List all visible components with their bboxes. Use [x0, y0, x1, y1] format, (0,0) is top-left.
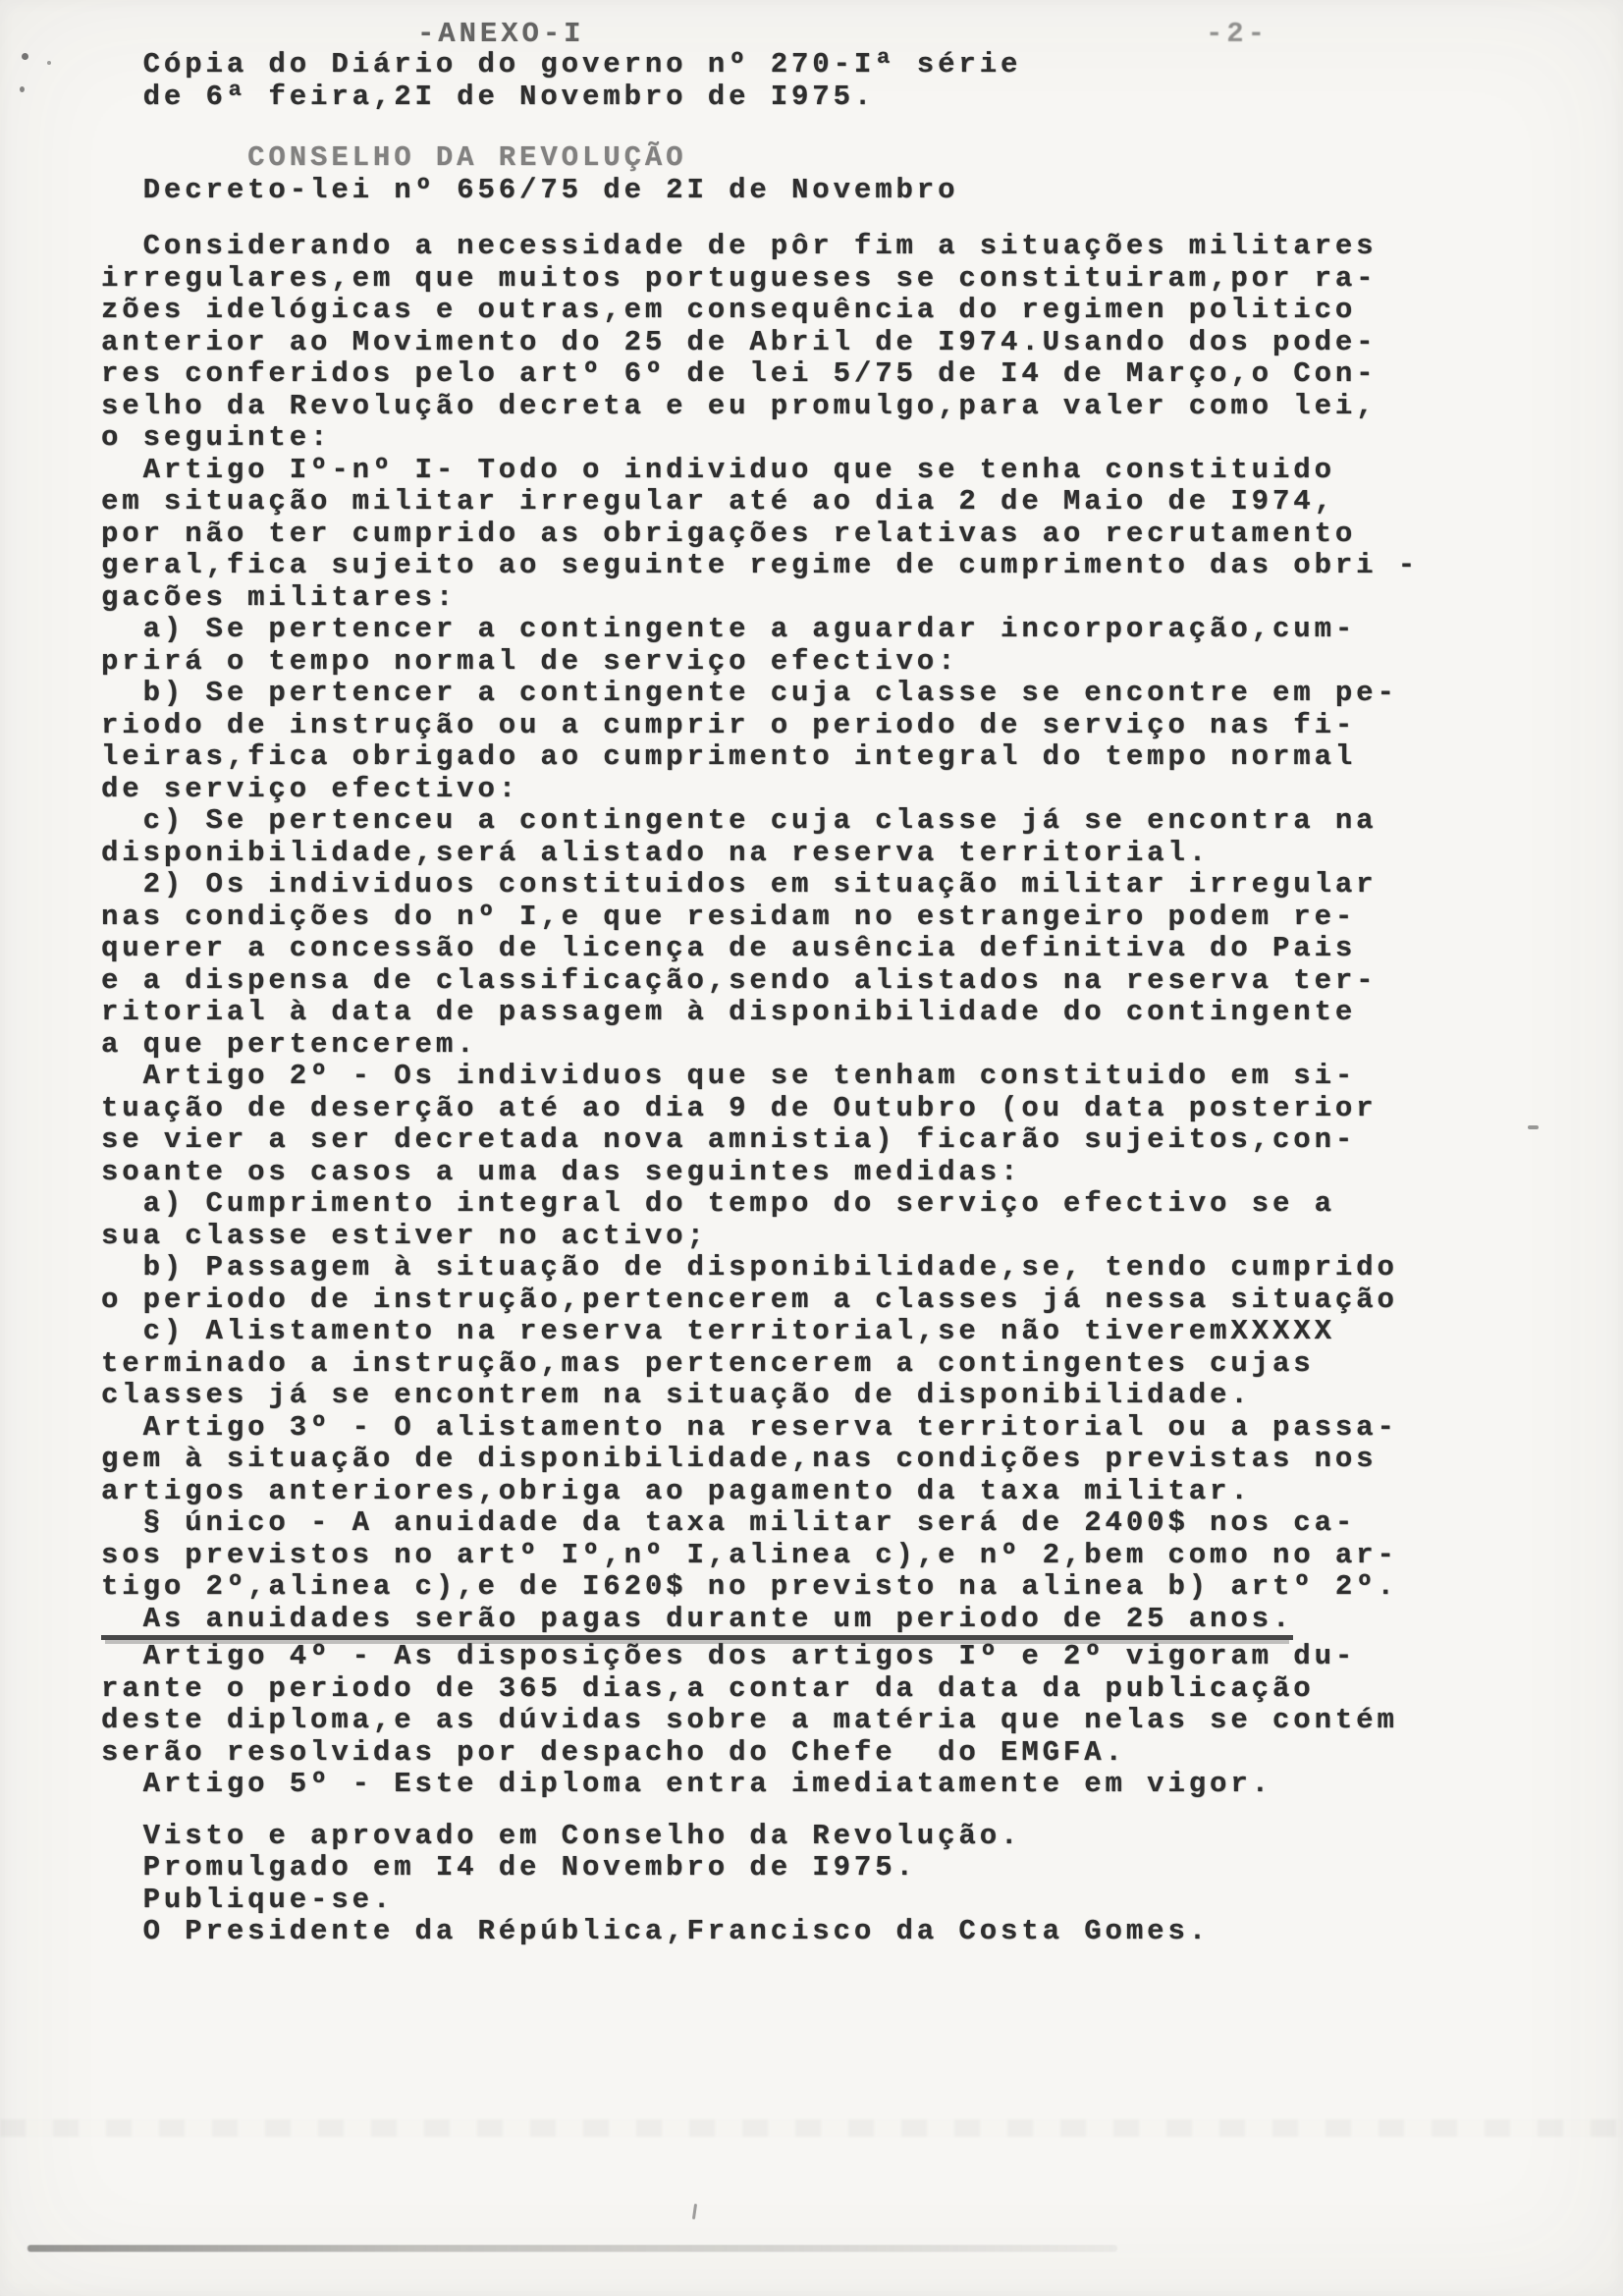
document-line: se vier a ser decretada nova amnistia) f… [101, 1124, 1554, 1157]
document-line: querer a concessão de licença de ausênci… [101, 933, 1554, 965]
scan-speckle [47, 61, 51, 65]
document-line: c) Se pertenceu a contingente cuja class… [101, 805, 1554, 838]
document-line: Promulgado em I4 de Novembro de I975. [101, 1852, 1554, 1885]
document-line: ritorial à data de passagem à disponibil… [101, 997, 1554, 1029]
text-line: rante o periodo de 365 dias,a contar da … [101, 1672, 1315, 1705]
text-line: sua classe estiver no activo; [101, 1220, 708, 1252]
document-line: As anuidades serão pagas durante um peri… [101, 1604, 1554, 1636]
underlined-sentence: As anuidades serão pagas durante um peri… [101, 1603, 1293, 1640]
text-line: c) Alistamento na reserva territorial,se… [101, 1315, 1335, 1347]
text-line: artigos anteriores,obriga ao pagamento d… [101, 1475, 1252, 1507]
document-line: terminado a instrução,mas pertencerem a … [101, 1348, 1554, 1381]
document-line: a) Cumprimento integral do tempo do serv… [101, 1188, 1554, 1221]
document-line: Considerando a necessidade de pôr fim a … [101, 231, 1554, 263]
document-line: leiras,fica obrigado ao cumprimento inte… [101, 741, 1554, 774]
text-line: Artigo 3º - O alistamento na reserva ter… [101, 1411, 1398, 1444]
document-line: prirá o tempo normal de serviço efectivo… [101, 646, 1554, 679]
text-line: gem à situação de disponibilidade,nas co… [101, 1443, 1377, 1475]
text-line: querer a concessão de licença de ausênci… [101, 932, 1356, 964]
document-line: selho da Revolução decreta e eu promulgo… [101, 391, 1554, 423]
document-line: anterior ao Movimento do 25 de Abril de … [101, 327, 1554, 359]
document-line: gem à situação de disponibilidade,nas co… [101, 1444, 1554, 1476]
document-line: soante os casos a uma das seguintes medi… [101, 1157, 1554, 1189]
text-line: a) Cumprimento integral do tempo do serv… [101, 1187, 1335, 1220]
text-line: Artigo 2º - Os individuos que se tenham … [101, 1060, 1356, 1092]
document-line: de 6ª feira,2I de Novembro de I975. [101, 82, 1554, 114]
scan-speckle [22, 53, 28, 60]
text-line: de 6ª feira,2I de Novembro de I975. [101, 81, 875, 113]
document-line: de serviço efectivo: [101, 774, 1554, 806]
text-line: a) Se pertencer a contingente a aguardar… [101, 613, 1356, 645]
text-line: anterior ao Movimento do 25 de Abril de … [101, 326, 1377, 358]
text-line: Artigo Iº-nº I- Todo o individuo que se … [101, 454, 1335, 486]
document-line: O Presidente da Répública,Francisco da C… [101, 1916, 1554, 1948]
text-line: classes já se encontrem na situação de d… [101, 1379, 1252, 1411]
document-line: deste diploma,e as dúvidas sobre a matér… [101, 1705, 1554, 1737]
text-line: O Presidente da Répública,Francisco da C… [101, 1915, 1210, 1947]
text-line: c) Se pertenceu a contingente cuja class… [101, 804, 1377, 837]
text-line: ritorial à data de passagem à disponibil… [101, 996, 1356, 1028]
document-line: gacões militares: [101, 582, 1554, 615]
document-line: a) Se pertencer a contingente a aguardar… [101, 614, 1554, 646]
page-number: -2- [1206, 18, 1269, 50]
text-line: zões idelógicas e outras,em consequência… [101, 294, 1356, 326]
document-line: em situação militar irregular até ao dia… [101, 486, 1554, 519]
text-line: Visto e aprovado em Conselho da Revoluçã… [101, 1820, 1021, 1852]
text-line: Decreto-lei nº 656/75 de 2I de Novembro [101, 174, 958, 206]
text-line: Cópia do Diário do governo nº 270-Iª sér… [101, 48, 1021, 81]
document-line: Artigo 2º - Os individuos que se tenham … [101, 1061, 1554, 1093]
document-line: Artigo Iº-nº I- Todo o individuo que se … [101, 455, 1554, 487]
text-line: Artigo 4º - As disposições dos artigos I… [101, 1640, 1356, 1672]
text-line: a que pertencerem. [101, 1028, 477, 1061]
document-line: Artigo 5º - Este diploma entra imediatam… [101, 1769, 1554, 1801]
text-line: Artigo 5º - Este diploma entra imediatam… [101, 1768, 1272, 1800]
text-line: prirá o tempo normal de serviço efectivo… [101, 645, 958, 678]
text-line: selho da Revolução decreta e eu promulgo… [101, 390, 1377, 422]
document-line: CONSELHO DA REVOLUÇÃO [101, 142, 1554, 175]
text-line: irregulares,em que muitos portugueses se… [101, 262, 1377, 295]
text-line: Publique-se. [101, 1884, 394, 1916]
text-line: de serviço efectivo: [101, 773, 519, 805]
text-line: nas condições do nº I,e que residam no e… [101, 901, 1356, 933]
document-line: sos previstos no artº Iº,nº I,alinea c),… [101, 1540, 1554, 1572]
text-line: se vier a ser decretada nova amnistia) f… [101, 1123, 1356, 1156]
document-line: Artigo 3º - O alistamento na reserva ter… [101, 1412, 1554, 1445]
text-line: deste diploma,e as dúvidas sobre a matér… [101, 1704, 1398, 1736]
scan-streak [27, 2245, 1117, 2252]
document-line: tuação de deserção até ao dia 9 de Outub… [101, 1093, 1554, 1125]
document-line: nas condições do nº I,e que residam no e… [101, 902, 1554, 934]
text-line: CONSELHO DA REVOLUÇÃO [101, 141, 686, 174]
text-line: res conferidos pelo artº 6º de lei 5/75 … [101, 357, 1377, 390]
text-line: o seguinte: [101, 421, 331, 454]
text-line: por não ter cumprido as obrigações relat… [101, 518, 1356, 550]
text-line: disponibilidade,será alistado na reserva… [101, 837, 1210, 869]
document-line: por não ter cumprido as obrigações relat… [101, 519, 1554, 551]
scanned-page: -ANEXO-I -2- Cópia do Diário do governo … [0, 0, 1623, 2296]
document-line: rante o periodo de 365 dias,a contar da … [101, 1673, 1554, 1706]
text-line: soante os casos a uma das seguintes medi… [101, 1156, 1021, 1188]
document-line: classes já se encontrem na situação de d… [101, 1380, 1554, 1412]
text-line: § único - A anuidade da taxa militar ser… [101, 1506, 1356, 1539]
document-line: irregulares,em que muitos portugueses se… [101, 263, 1554, 296]
text-line: tigo 2º,alinea c),e de I620$ no previsto… [101, 1570, 1398, 1603]
text-line: b) Se pertencer a contingente cuja class… [101, 677, 1398, 709]
text-line: b) Passagem à situação de disponibilidad… [101, 1251, 1398, 1284]
document-line: res conferidos pelo artº 6º de lei 5/75 … [101, 358, 1554, 391]
document-line: geral,fica sujeito ao seguinte regime de… [101, 550, 1554, 582]
document-line: a que pertencerem. [101, 1029, 1554, 1062]
document-body: Cópia do Diário do governo nº 270-Iª sér… [101, 49, 1554, 1948]
document-line: o periodo de instrução,pertencerem a cla… [101, 1285, 1554, 1317]
document-line: artigos anteriores,obriga ao pagamento d… [101, 1476, 1554, 1508]
document-line: o seguinte: [101, 422, 1554, 455]
text-line: e a dispensa de classificação,sendo alis… [101, 964, 1377, 997]
text-line: riodo de instrução ou a cumprir o period… [101, 709, 1356, 741]
annex-title: -ANEXO-I [417, 18, 584, 50]
text-line: Promulgado em I4 de Novembro de I975. [101, 1851, 917, 1884]
text-line: serão resolvidas por despacho do Chefe d… [101, 1736, 1126, 1769]
document-line: Visto e aprovado em Conselho da Revoluçã… [101, 1821, 1554, 1853]
text-line: gacões militares: [101, 581, 457, 614]
document-line: Cópia do Diário do governo nº 270-Iª sér… [101, 49, 1554, 82]
document-line: serão resolvidas por despacho do Chefe d… [101, 1737, 1554, 1770]
document-line: Publique-se. [101, 1885, 1554, 1917]
text-line: geral,fica sujeito ao seguinte regime de… [101, 549, 1419, 581]
text-line: 2) Os individuos constituidos em situaçã… [101, 868, 1377, 901]
text-line: sos previstos no artº Iº,nº I,alinea c),… [101, 1539, 1398, 1571]
text-line: terminado a instrução,mas pertencerem a … [101, 1347, 1315, 1380]
scan-mark [692, 2204, 697, 2219]
document-line: sua classe estiver no activo; [101, 1221, 1554, 1253]
document-line: c) Alistamento na reserva territorial,se… [101, 1316, 1554, 1348]
document-line: b) Passagem à situação de disponibilidad… [101, 1252, 1554, 1285]
scan-speckle [20, 86, 25, 92]
document-line: disponibilidade,será alistado na reserva… [101, 838, 1554, 870]
text-line: em situação militar irregular até ao dia… [101, 485, 1335, 518]
text-line: leiras,fica obrigado ao cumprimento inte… [101, 740, 1356, 773]
document-line: riodo de instrução ou a cumprir o period… [101, 710, 1554, 742]
text-line: Considerando a necessidade de pôr fim a … [101, 230, 1377, 262]
document-line: 2) Os individuos constituidos em situaçã… [101, 869, 1554, 902]
text-line: o periodo de instrução,pertencerem a cla… [101, 1284, 1398, 1316]
document-line: Artigo 4º - As disposições dos artigos I… [101, 1641, 1554, 1673]
document-line: zões idelógicas e outras,em consequência… [101, 295, 1554, 327]
scan-streak [0, 2119, 1623, 2137]
document-line: b) Se pertencer a contingente cuja class… [101, 678, 1554, 710]
document-line: § único - A anuidade da taxa militar ser… [101, 1507, 1554, 1540]
document-line: e a dispensa de classificação,sendo alis… [101, 965, 1554, 998]
document-line: tigo 2º,alinea c),e de I620$ no previsto… [101, 1571, 1554, 1604]
text-line: tuação de deserção até ao dia 9 de Outub… [101, 1092, 1377, 1124]
document-line: Decreto-lei nº 656/75 de 2I de Novembro [101, 175, 1554, 207]
